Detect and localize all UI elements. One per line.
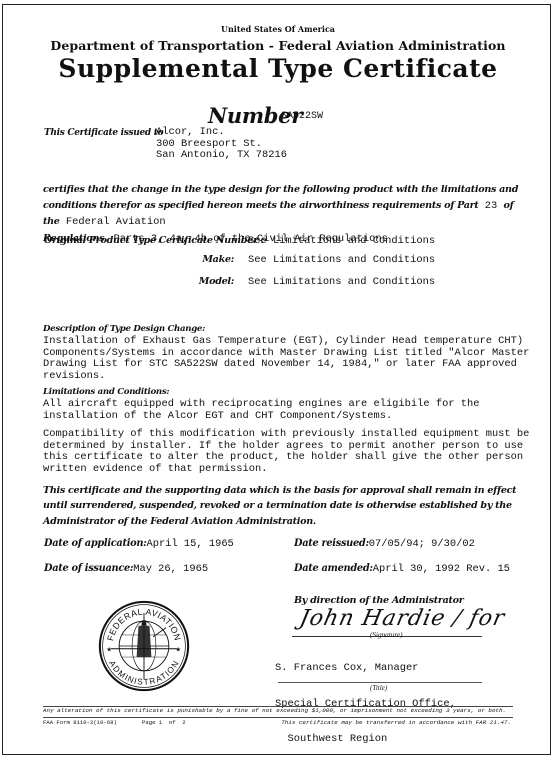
date-of-application: Date of application:April 15, 1965: [44, 533, 234, 551]
model-label: Model:: [44, 276, 234, 287]
svg-text:★: ★: [106, 647, 112, 654]
date-reissued: Date reissued:07/05/94; 9/30/02: [294, 533, 475, 551]
description-text: Installation of Exhaust Gas Temperature …: [43, 336, 529, 383]
date-of-application-label: Date of application:: [44, 538, 147, 549]
description-line: Drawing List for STC SA522SW dated Novem…: [43, 359, 529, 371]
date-of-issuance-value: May 26, 1965: [133, 563, 208, 575]
date-amended-value: April 30, 1992 Rev. 15: [373, 563, 510, 575]
by-direction-label: By direction of the Administrator: [294, 595, 464, 606]
form-number: FAA Form 8110-2(10-68): [43, 719, 117, 726]
certificate-number: SA522SW: [281, 111, 323, 122]
holder-city: San Antonio, TX 78216: [156, 150, 287, 162]
original-tc-value: See Limitations and Conditions: [248, 236, 435, 248]
description-label: Description of Type Design Change:: [43, 324, 205, 334]
issued-to-label: This Certificate issued to: [44, 128, 163, 138]
holder-name: Alcor, Inc.: [156, 127, 287, 139]
date-amended: Date amended:April 30, 1992 Rev. 15: [294, 558, 510, 576]
regulation-name: Federal Aviation: [60, 216, 166, 228]
signature-caption: (Signature): [370, 631, 402, 639]
title-caption: (Title): [370, 684, 387, 692]
date-reissued-label: Date reissued:: [294, 538, 369, 549]
validity-statement: This certificate and the supporting data…: [43, 483, 523, 529]
limitations-line: Compatibility of this modification with …: [43, 429, 529, 441]
alteration-warning: Any alteration of this certificate is pu…: [43, 707, 506, 714]
limitations-paragraph-2: Compatibility of this modification with …: [43, 429, 529, 476]
make-label: Make:: [44, 254, 234, 265]
date-of-issuance: Date of issuance:May 26, 1965: [44, 558, 208, 576]
make-value: See Limitations and Conditions: [248, 255, 435, 267]
limitations-label: Limitations and Conditions:: [43, 387, 169, 397]
model-value: See Limitations and Conditions: [248, 277, 435, 289]
date-of-application-value: April 15, 1965: [147, 538, 234, 550]
limitations-line: All aircraft equipped with reciprocating…: [43, 399, 479, 411]
page-indicator: Page 1 of 2: [142, 719, 186, 726]
footer-middle-rule: [43, 717, 513, 718]
certifies-text: certifies that the change in the type de…: [43, 184, 518, 211]
date-reissued-value: 07/05/94; 9/30/02: [369, 538, 475, 550]
description-line: revisions.: [43, 371, 529, 383]
signatory-region: Southwest Region: [275, 734, 456, 746]
original-tc-label: Original Product Type Certificate Number…: [44, 235, 234, 246]
transfer-note: This certificate may be transferred in a…: [281, 719, 511, 726]
svg-text:★: ★: [175, 647, 181, 654]
signatory-block: S. Frances Cox, Manager Special Certific…: [275, 640, 456, 757]
title-line: [278, 682, 482, 683]
far-part: 23: [479, 200, 504, 212]
header-department: Department of Transportation - Federal A…: [0, 38, 556, 53]
limitations-paragraph-1: All aircraft equipped with reciprocating…: [43, 399, 479, 422]
faa-seal-icon: FEDERAL AVIATION ADMINISTRATION ★ ★: [98, 600, 190, 692]
certificate-title: Supplemental Type Certificate: [0, 54, 556, 83]
handwritten-signature: John Hardie / for: [297, 606, 507, 631]
limitations-line: written evidence of that permission.: [43, 464, 529, 476]
header-country: United States Of America: [0, 24, 556, 34]
date-amended-label: Date amended:: [294, 563, 373, 574]
holder-address: Alcor, Inc. 300 Breesport St. San Antoni…: [156, 127, 287, 162]
description-line: Installation of Exhaust Gas Temperature …: [43, 336, 529, 348]
date-of-issuance-label: Date of issuance:: [44, 563, 133, 574]
signatory-name: S. Frances Cox, Manager: [275, 663, 456, 675]
limitations-line: installation of the Alcor EGT and CHT Co…: [43, 411, 479, 423]
